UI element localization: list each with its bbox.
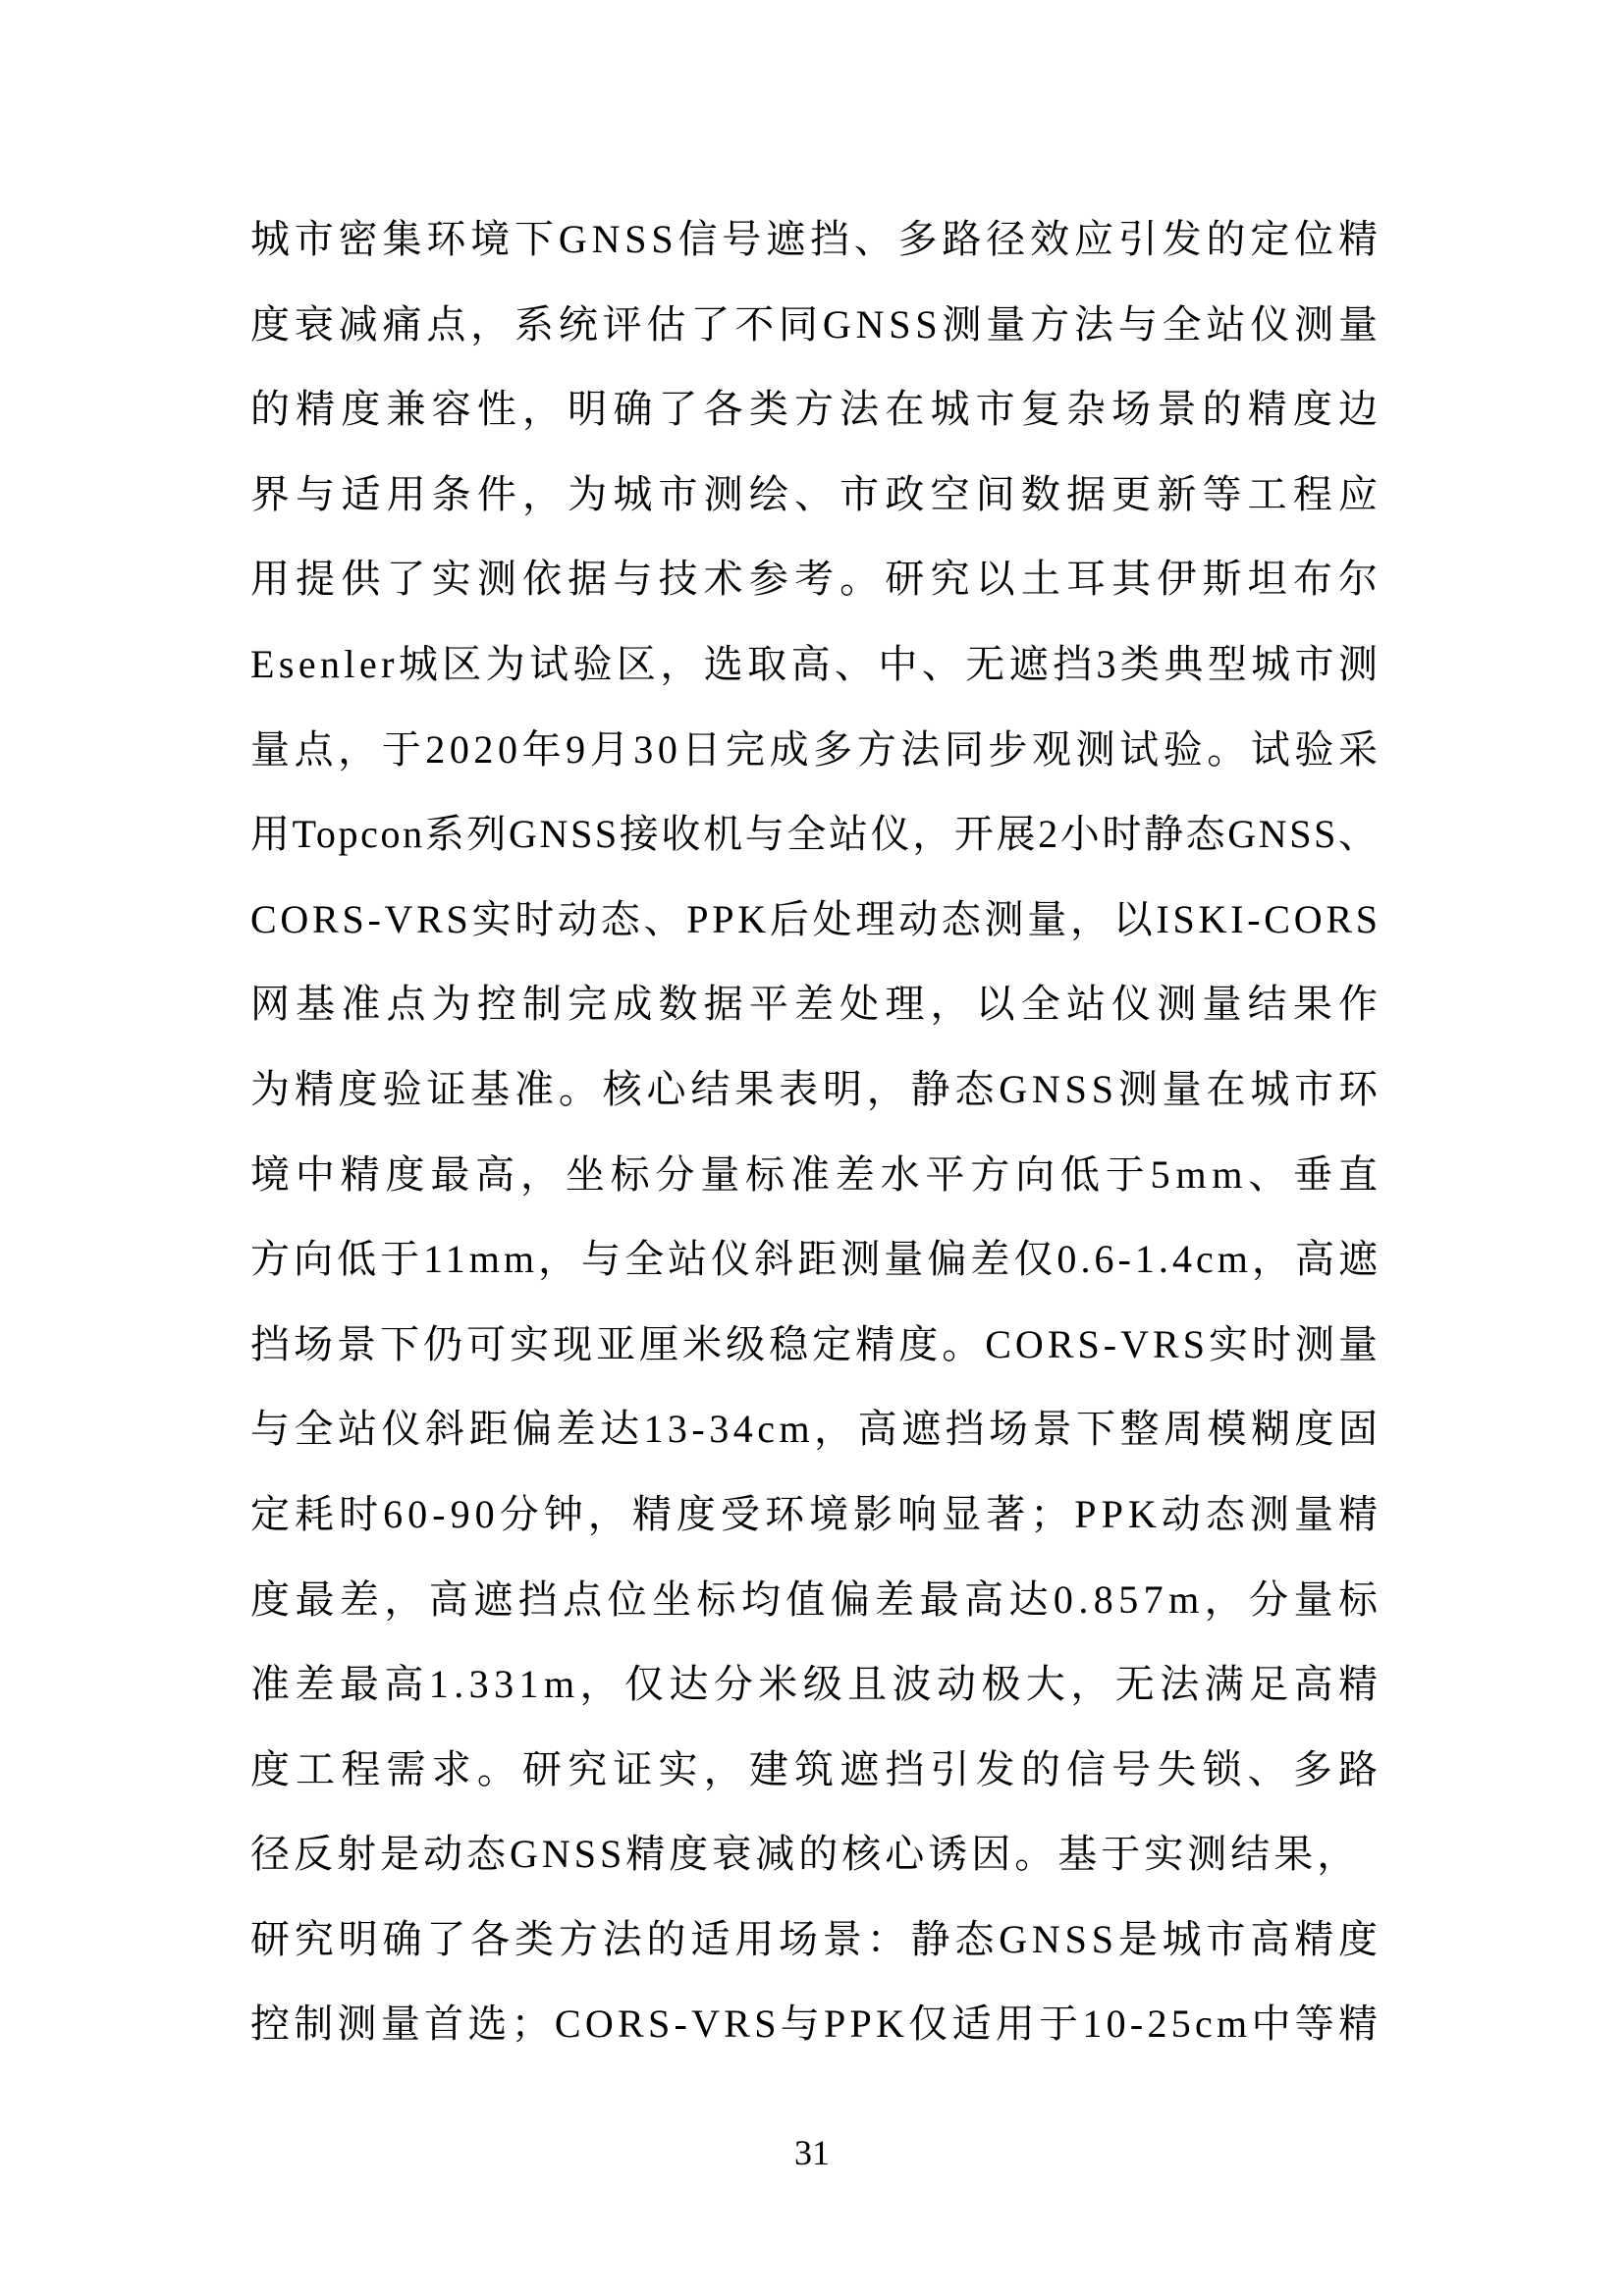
text-line: 用Topcon系列GNSS接收机与全站仪，开展2小时静态GNSS、 xyxy=(250,813,1378,898)
text-line: 网基准点为控制完成数据平差处理，以全站仪测量结果作 xyxy=(250,983,1378,1068)
text-line: 与全站仪斜距偏差达13-34cm，高遮挡场景下整周模糊度固 xyxy=(250,1408,1378,1493)
text-line: 径反射是动态GNSS精度衰减的核心诱因。基于实测结果， xyxy=(250,1833,1378,1918)
text-line: 的精度兼容性，明确了各类方法在城市复杂场景的精度边 xyxy=(250,388,1378,473)
text-line: 度工程需求。研究证实，建筑遮挡引发的信号失锁、多路 xyxy=(250,1748,1378,1834)
text-line: 境中精度最高，坐标分量标准差水平方向低于5mm、垂直 xyxy=(250,1153,1378,1239)
text-line: 为精度验证基准。核心结果表明，静态GNSS测量在城市环 xyxy=(250,1068,1378,1153)
text-line: 挡场景下仍可实现亚厘米级稳定精度。CORS-VRS实时测量 xyxy=(250,1323,1378,1409)
text-line: Esenler城区为试验区，选取高、中、无遮挡3类典型城市测 xyxy=(250,643,1378,728)
text-line: 定耗时60-90分钟，精度受环境影响显著；PPK动态测量精 xyxy=(250,1493,1378,1578)
text-line: 研究明确了各类方法的适用场景：静态GNSS是城市高精度 xyxy=(250,1918,1378,2003)
text-line: 准差最高1.331m，仅达分米级且波动极大，无法满足高精 xyxy=(250,1663,1378,1748)
text-line: 用提供了实测依据与技术参考。研究以土耳其伊斯坦布尔 xyxy=(250,558,1378,643)
body-paragraph: 城市密集环境下GNSS信号遮挡、多路径效应引发的定位精 度衰减痛点，系统评估了不… xyxy=(250,218,1378,2088)
text-line: 度衰减痛点，系统评估了不同GNSS测量方法与全站仪测量 xyxy=(250,303,1378,389)
text-line: 量点，于2020年9月30日完成多方法同步观测试验。试验采 xyxy=(250,728,1378,814)
text-line: 控制测量首选；CORS-VRS与PPK仅适用于10-25cm中等精 xyxy=(250,2002,1378,2088)
text-line: 度最差，高遮挡点位坐标均值偏差最高达0.857m，分量标 xyxy=(250,1578,1378,1664)
text-line: 方向低于11mm，与全站仪斜距测量偏差仅0.6-1.4cm，高遮 xyxy=(250,1238,1378,1323)
text-line: CORS-VRS实时动态、PPK后处理动态测量，以ISKI-CORS xyxy=(250,898,1378,984)
document-page: 城市密集环境下GNSS信号遮挡、多路径效应引发的定位精 度衰减痛点，系统评估了不… xyxy=(0,0,1624,2296)
text-line: 界与适用条件，为城市测绘、市政空间数据更新等工程应 xyxy=(250,473,1378,559)
text-line: 城市密集环境下GNSS信号遮挡、多路径效应引发的定位精 xyxy=(250,218,1378,303)
page-number: 31 xyxy=(0,2132,1624,2173)
